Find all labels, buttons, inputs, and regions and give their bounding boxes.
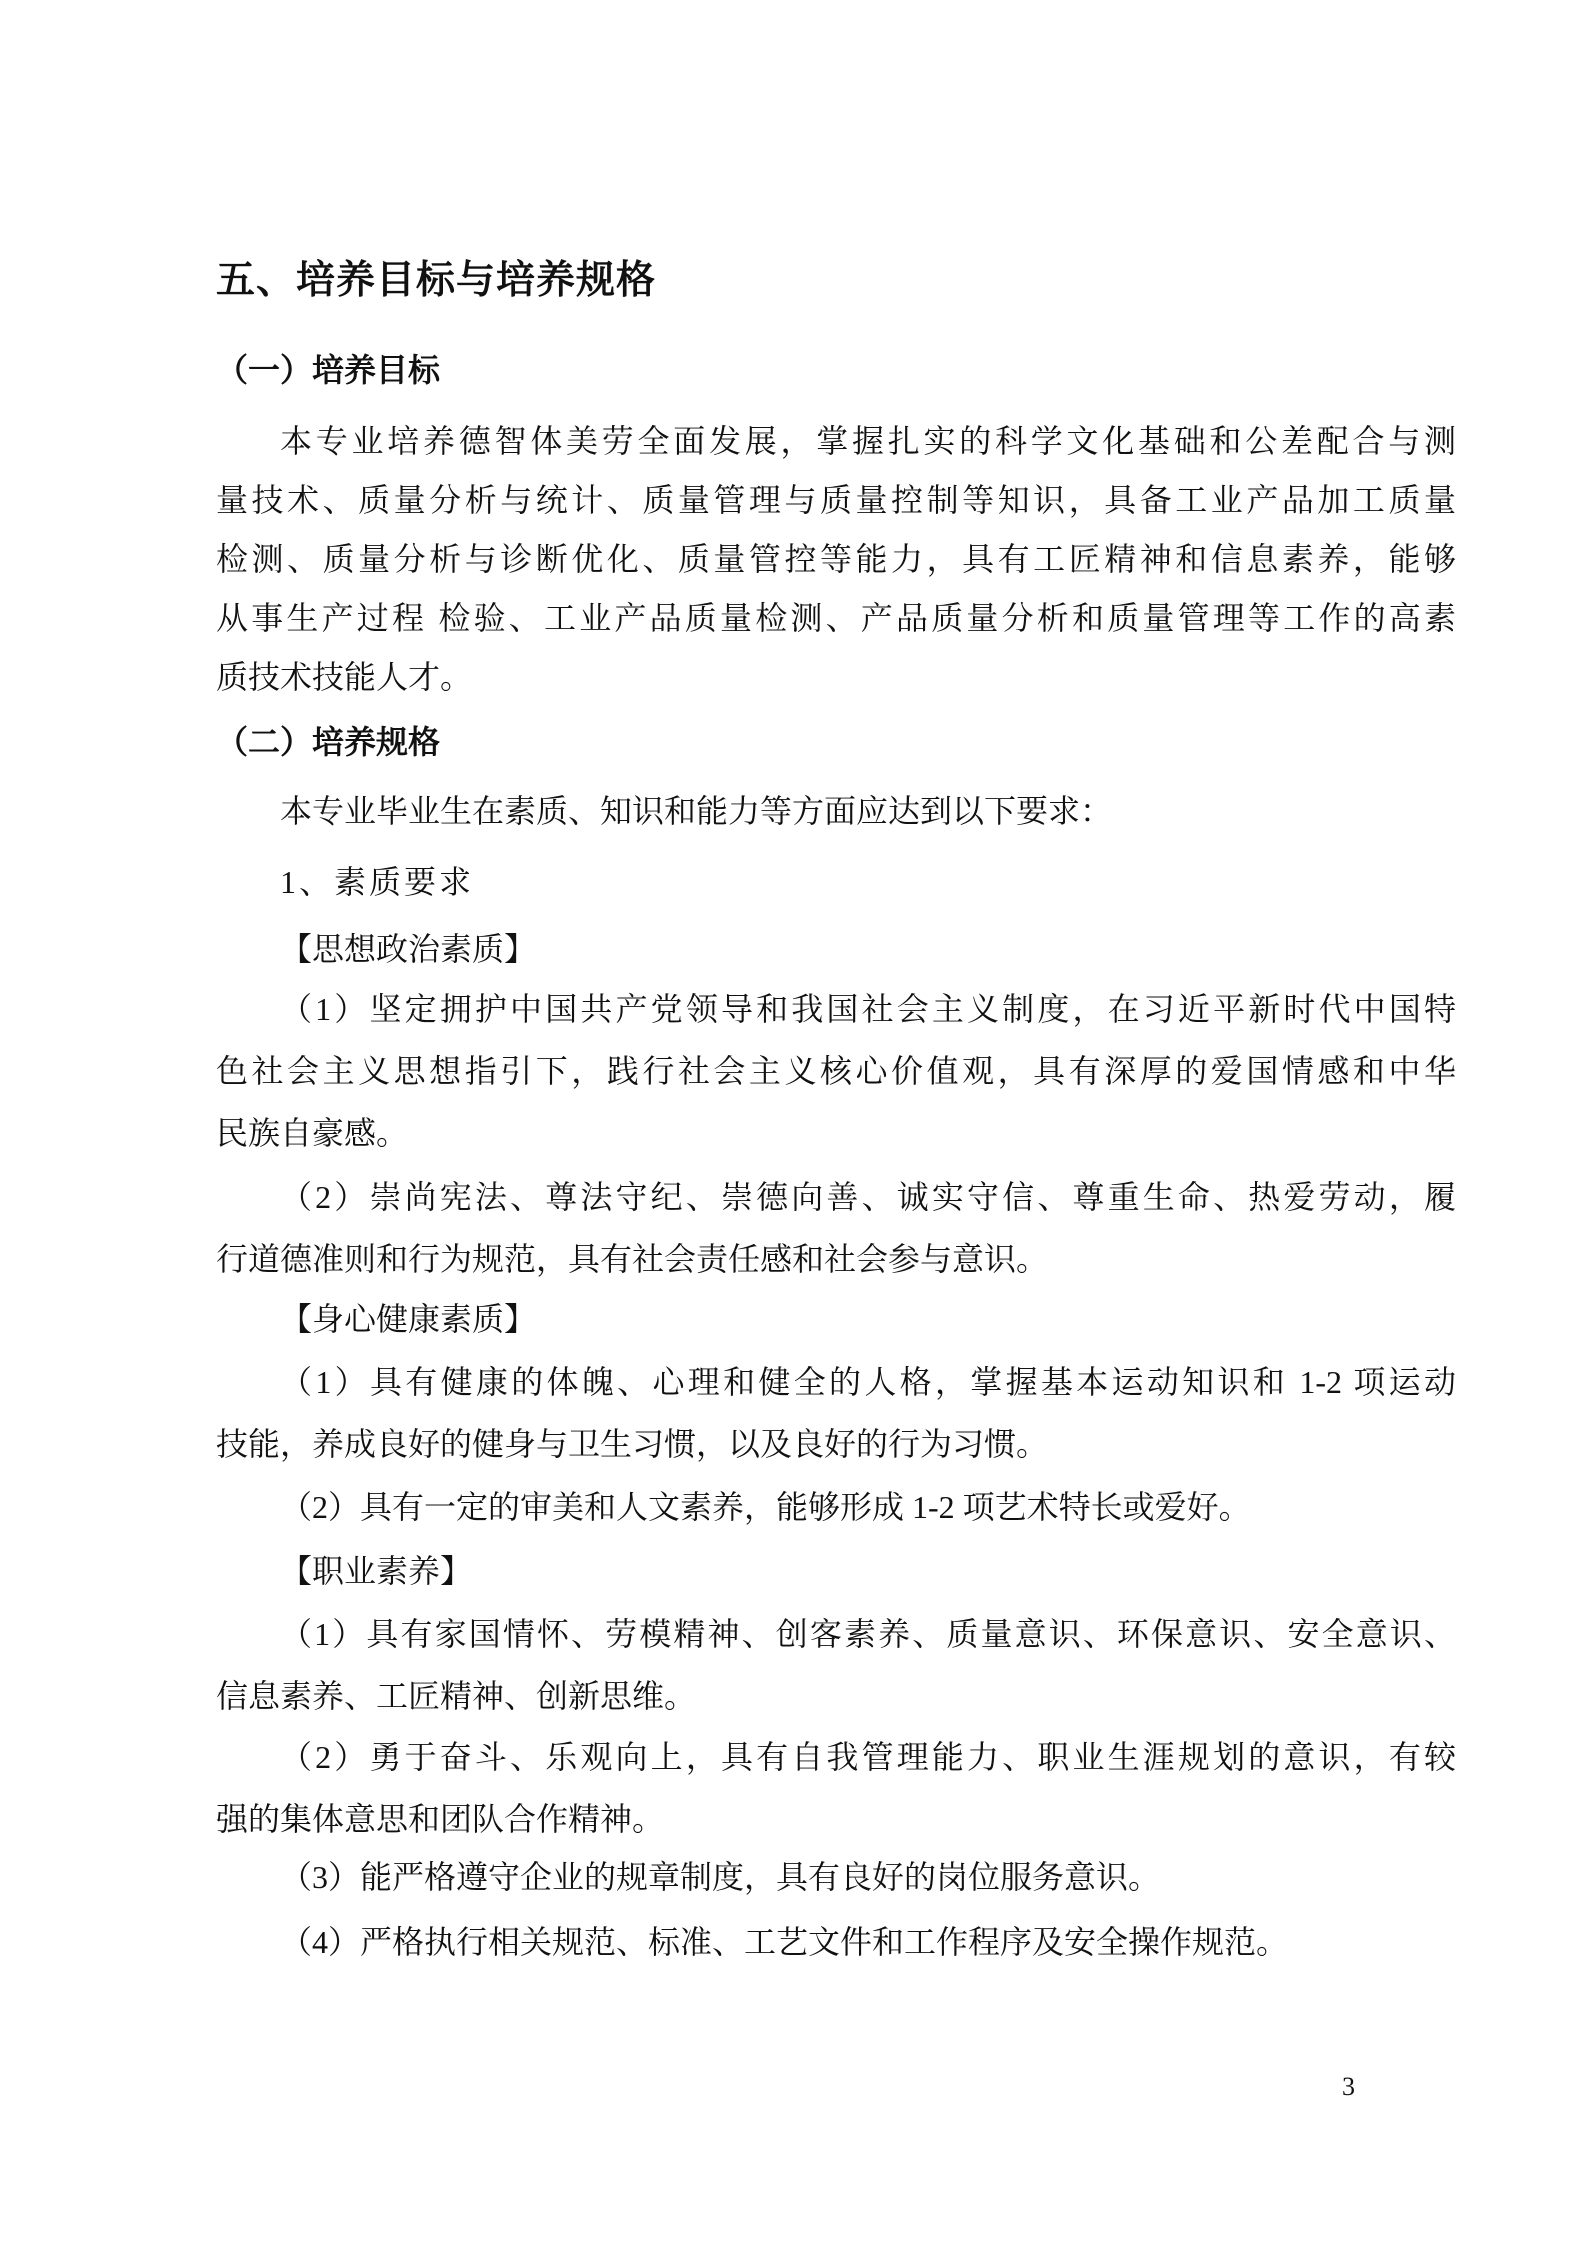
paragraph-health-item2: （2）具有一定的审美和人文素养，能够形成 1-2 项艺术特长或爱好。	[216, 1476, 1456, 1538]
text-line: 本专业毕业生在素质、知识和能力等方面应达到以下要求：	[216, 780, 1456, 842]
text-line: 行道德准则和行为规范，具有社会责任感和社会参与意识。	[216, 1228, 1456, 1290]
text-line: 检测、质量分析与诊断优化、质量管控等能力，具有工匠精神和信息素养，能够	[216, 530, 1456, 589]
text-line: （1）具有家国情怀、劳模精神、创客素养、质量意识、环保意识、安全意识、	[216, 1603, 1456, 1665]
text-line: （2）勇于奋斗、乐观向上，具有自我管理能力、职业生涯规划的意识，有较	[216, 1726, 1456, 1788]
text-line: 信息素养、工匠精神、创新思维。	[216, 1665, 1456, 1727]
text-line: 1、素质要求	[216, 862, 1456, 902]
document-page: 五、培养目标与培养规格 （一）培养目标 本专业培养德智体美劳全面发展，掌握扎实的…	[0, 0, 1587, 2245]
document-title: 五、培养目标与培养规格	[216, 258, 1456, 304]
page-number: 3	[1342, 2072, 1355, 2102]
text-line: 【思想政治素质】	[216, 918, 1456, 980]
paragraph-specs-intro: 本专业毕业生在素质、知识和能力等方面应达到以下要求：	[216, 780, 1456, 842]
text-line: （2）具有一定的审美和人文素养，能够形成 1-2 项艺术特长或爱好。	[216, 1476, 1456, 1538]
paragraph-professional-item2: （2）勇于奋斗、乐观向上，具有自我管理能力、职业生涯规划的意识，有较 强的集体意…	[216, 1726, 1456, 1850]
section-heading-training-objectives: （一）培养目标	[216, 350, 1456, 390]
text-line: 色社会主义思想指引下，践行社会主义核心价值观，具有深厚的爱国情感和中华	[216, 1040, 1456, 1102]
subheading-quality-requirements: 1、素质要求	[216, 862, 1456, 902]
text-line: （1）坚定拥护中国共产党领导和我国社会主义制度，在习近平新时代中国特	[216, 978, 1456, 1040]
text-line: 本专业培养德智体美劳全面发展，掌握扎实的科学文化基础和公差配合与测	[216, 412, 1456, 471]
text-line: （1）具有健康的体魄、心理和健全的人格，掌握基本运动知识和 1-2 项运动	[216, 1351, 1456, 1413]
text-line: 【身心健康素质】	[216, 1288, 1456, 1350]
label-physical-mental-health-quality: 【身心健康素质】	[216, 1288, 1456, 1350]
label-ideological-political-quality: 【思想政治素质】	[216, 918, 1456, 980]
paragraph-training-objectives: 本专业培养德智体美劳全面发展，掌握扎实的科学文化基础和公差配合与测 量技术、质量…	[216, 412, 1456, 707]
paragraph-professional-item4: （4）严格执行相关规范、标准、工艺文件和工作程序及安全操作规范。	[216, 1911, 1456, 1973]
paragraph-professional-item1: （1）具有家国情怀、劳模精神、创客素养、质量意识、环保意识、安全意识、 信息素养…	[216, 1603, 1456, 1727]
text-line: 从事生产过程 检验、工业产品质量检测、产品质量分析和质量管理等工作的高素	[216, 589, 1456, 648]
text-line: 民族自豪感。	[216, 1102, 1456, 1164]
text-line: （2）崇尚宪法、尊法守纪、崇德向善、诚实守信、尊重生命、热爱劳动，履	[216, 1166, 1456, 1228]
paragraph-health-item1: （1）具有健康的体魄、心理和健全的人格，掌握基本运动知识和 1-2 项运动 技能…	[216, 1351, 1456, 1475]
label-professional-quality: 【职业素养】	[216, 1540, 1456, 1602]
paragraph-professional-item3: （3）能严格遵守企业的规章制度，具有良好的岗位服务意识。	[216, 1846, 1456, 1908]
text-line: （3）能严格遵守企业的规章制度，具有良好的岗位服务意识。	[216, 1846, 1456, 1908]
text-line: 强的集体意思和团队合作精神。	[216, 1788, 1456, 1850]
text-line: 量技术、质量分析与统计、质量管理与质量控制等知识，具备工业产品加工质量	[216, 471, 1456, 530]
paragraph-ideology-item1: （1）坚定拥护中国共产党领导和我国社会主义制度，在习近平新时代中国特 色社会主义…	[216, 978, 1456, 1164]
text-line: 【职业素养】	[216, 1540, 1456, 1602]
section-heading-training-specifications: （二）培养规格	[216, 722, 1456, 762]
text-line: 技能，养成良好的健身与卫生习惯，以及良好的行为习惯。	[216, 1413, 1456, 1475]
text-line: 质技术技能人才。	[216, 648, 1456, 707]
paragraph-ideology-item2: （2）崇尚宪法、尊法守纪、崇德向善、诚实守信、尊重生命、热爱劳动，履 行道德准则…	[216, 1166, 1456, 1290]
text-line: （4）严格执行相关规范、标准、工艺文件和工作程序及安全操作规范。	[216, 1911, 1456, 1973]
